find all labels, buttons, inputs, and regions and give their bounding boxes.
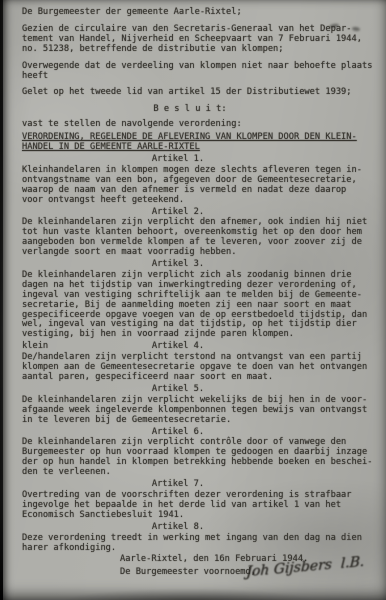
text-line: in te leveren bij de Gemeentesecretarie. [22,416,374,426]
text-line: heeft [22,72,374,82]
article-heading: Artikel 8. [2,523,354,533]
article-body: Deze verordening treedt in werking met i… [22,534,374,554]
besluit-heading: B e s l u i t: [14,105,366,115]
text-line: Gelet op het tweede lid van artikel 15 d… [22,88,374,98]
article-body: De/handelaren zijn verplicht terstond na… [22,353,374,383]
article-heading: Artikel 2. [2,208,354,218]
article-1: Artikel 1. Kleinhandelaren in klompen mo… [22,155,374,206]
article-6: Artikel 6. De kleinhandelaren zijn verpl… [22,428,374,479]
article-heading: Artikel 7. [2,480,354,490]
regulation-title: VERORDENING, REGELENDE DE AFLEVERING VAN… [22,133,374,153]
preamble-paragraph-overwegende: Overwegende dat de verdeeling van klompe… [22,62,374,82]
article-heading: Artikel 3. [2,260,354,270]
scanned-decree-page: De Burgemeester der gemeente Aarle-Rixte… [0,0,386,600]
preamble-paragraph-burgemeester: De Burgemeester der gemeente Aarle-Rixte… [22,8,374,18]
article-body: De kleinhandelaren zijn verplicht den af… [22,218,374,258]
article-2: Artikel 2. De kleinhandelaren zijn verpl… [22,208,374,259]
article-7: Artikel 7. Overtreding van de voorschrif… [22,480,374,521]
article-4: klein Artikel 4. De/handelaren zijn verp… [22,342,374,383]
text-line: den te verleenen. [22,468,374,478]
article-body: Overtreding van de voorschriften dezer v… [22,491,374,521]
article-heading: Artikel 4. [2,342,354,352]
preamble-paragraph-gelet: Gelet op het tweede lid van artikel 15 d… [22,88,374,98]
article-body: Kleinhandelaren in klompen mogen deze sl… [22,166,374,206]
text-line: Deze verordening treedt in werking met i… [22,534,374,544]
text-line: verlangde soort en maat voorradig hebben… [22,248,374,258]
text-line: HANDEL IN DE GEMEENTE AARLE-RIXTEL [22,143,374,153]
article-3: Artikel 3. De kleinhandelaren zijn verpl… [22,260,374,340]
document-body: De Burgemeester der gemeente Aarle-Rixte… [22,8,374,581]
article-5: Artikel 5. De kleinhandelaren zijn verpl… [22,385,374,426]
bottom-stain [60,588,320,600]
text-line: Overwegende dat de verdeeling van klompe… [22,62,374,72]
article-body: De kleinhandelaren zijn verplicht wekeli… [22,396,374,426]
text-line: voor ontvangst heeft geteekend. [22,196,374,206]
article-body: De kleinhandelaren zijn verplicht contrô… [22,438,374,478]
text-line: harer afkondiging. [22,544,374,554]
decree-line: vast te stellen de navolgende verordenin… [22,120,374,130]
text-line: aantal paren, gespecificeerd naar soort … [22,373,374,383]
text-line: vestiging, bij hen in voorraad zijnde pa… [22,330,374,340]
preamble-paragraph-gezien: Gezien de circulaire van den Secretaris-… [22,25,374,55]
article-body: De kleinhandelaren zijn verplicht zich a… [22,271,374,340]
article-heading: Artikel 5. [2,385,354,395]
text-line: Economisch Sanctiebesluit 1941. [22,511,374,521]
scan-edge-shadow [0,0,3,600]
text-line: De Burgemeester der gemeente Aarle-Rixte… [22,8,374,18]
article-8: Artikel 8. Deze verordening treedt in we… [22,523,374,554]
article-heading: Artikel 6. [2,428,354,438]
text-line: no. 51238, betreffende de distributie va… [22,45,374,55]
article-heading: Artikel 1. [2,155,354,165]
